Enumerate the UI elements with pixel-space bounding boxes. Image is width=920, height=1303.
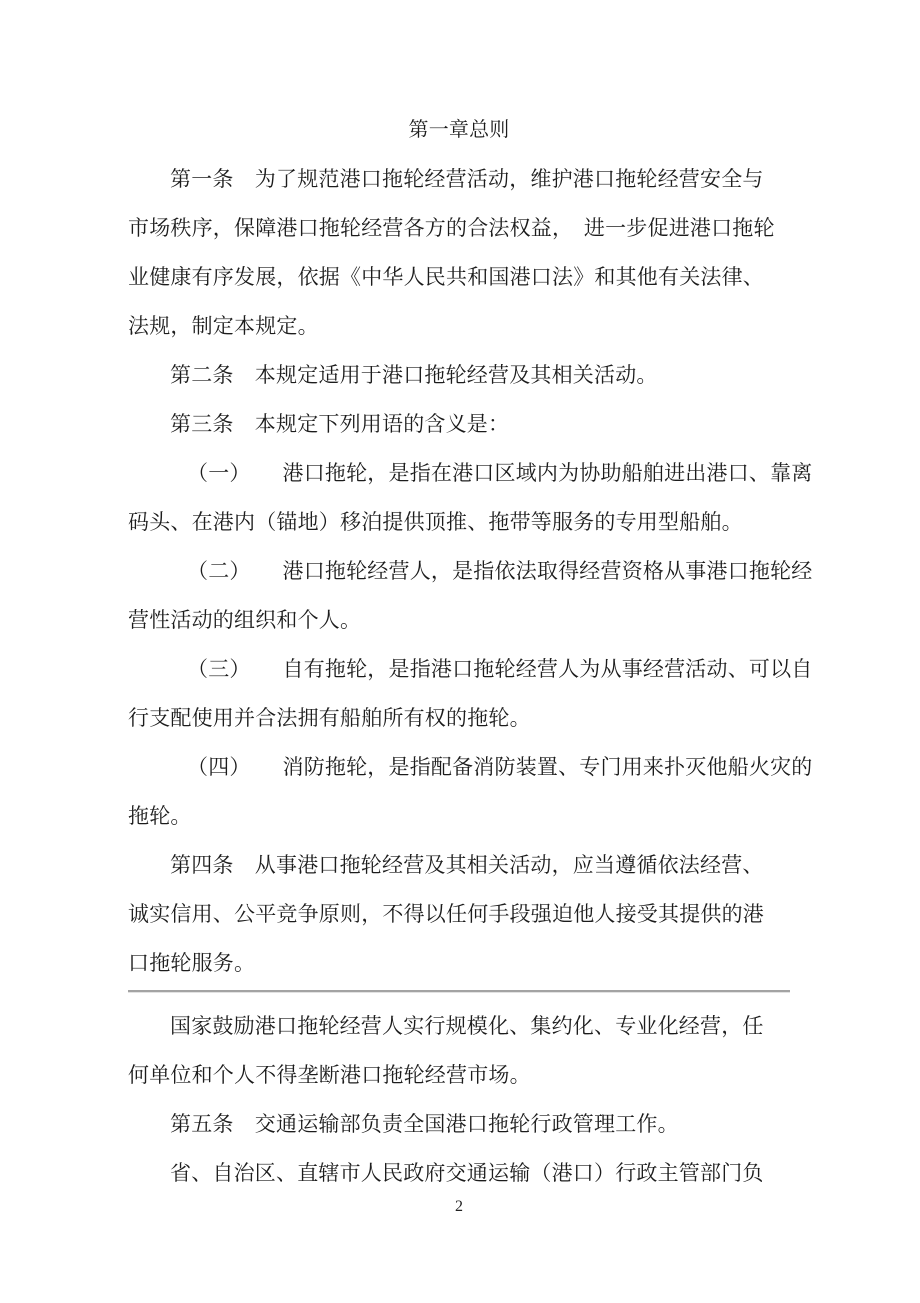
document-line: 市场秩序，保障港口拖轮经营各方的合法权益， 进一步促进港口拖轮 [128,204,790,253]
document-page: 第一章总则 第一条 为了规范港口拖轮经营活动，维护港口拖轮经营安全与 市场秩序，… [0,0,920,1303]
chapter-heading: 第一章总则 [128,106,790,155]
document-line: 业健康有序发展，依据《中华人民共和国港口法》和其他有关法律、 [128,253,790,302]
page-number: 2 [128,1198,790,1216]
document-line: 法规，制定本规定。 [128,302,790,351]
document-line: 第五条 交通运输部负责全国港口拖轮行政管理工作。 [128,1100,790,1149]
document-line: 营性活动的组织和个人。 [128,596,790,645]
document-line: （一） 港口拖轮，是指在港口区域内为协助船舶进出港口、靠离 [128,449,790,498]
document-line: 第三条 本规定下列用语的含义是： [128,400,790,449]
document-line: 第一条 为了规范港口拖轮经营活动，维护港口拖轮经营安全与 [128,155,790,204]
document-line: （二） 港口拖轮经营人，是指依法取得经营资格从事港口拖轮经 [128,547,790,596]
document-line: 口拖轮服务。 [128,939,790,988]
document-line: 省、自治区、直辖市人民政府交通运输（港口）行政主管部门负 [128,1149,790,1198]
document-line: 第二条 本规定适用于港口拖轮经营及其相关活动。 [128,351,790,400]
document-line: 何单位和个人不得垄断港口拖轮经营市场。 [128,1051,790,1100]
document-line: 码头、在港内（锚地）移泊提供顶推、拖带等服务的专用型船舶。 [128,498,790,547]
document-line: 国家鼓励港口拖轮经营人实行规模化、集约化、专业化经营，任 [128,1002,790,1051]
document-line: 拖轮。 [128,792,790,841]
document-line: 诚实信用、公平竞争原则，不得以任何手段强迫他人接受其提供的港 [128,890,790,939]
document-line: 行支配使用并合法拥有船舶所有权的拖轮。 [128,694,790,743]
section-divider [128,990,790,993]
document-line: 第四条 从事港口拖轮经营及其相关活动，应当遵循依法经营、 [128,841,790,890]
document-line: （三） 自有拖轮，是指港口拖轮经营人为从事经营活动、可以自 [128,645,790,694]
document-line: （四） 消防拖轮，是指配备消防装置、专门用来扑灭他船火灾的 [128,743,790,792]
